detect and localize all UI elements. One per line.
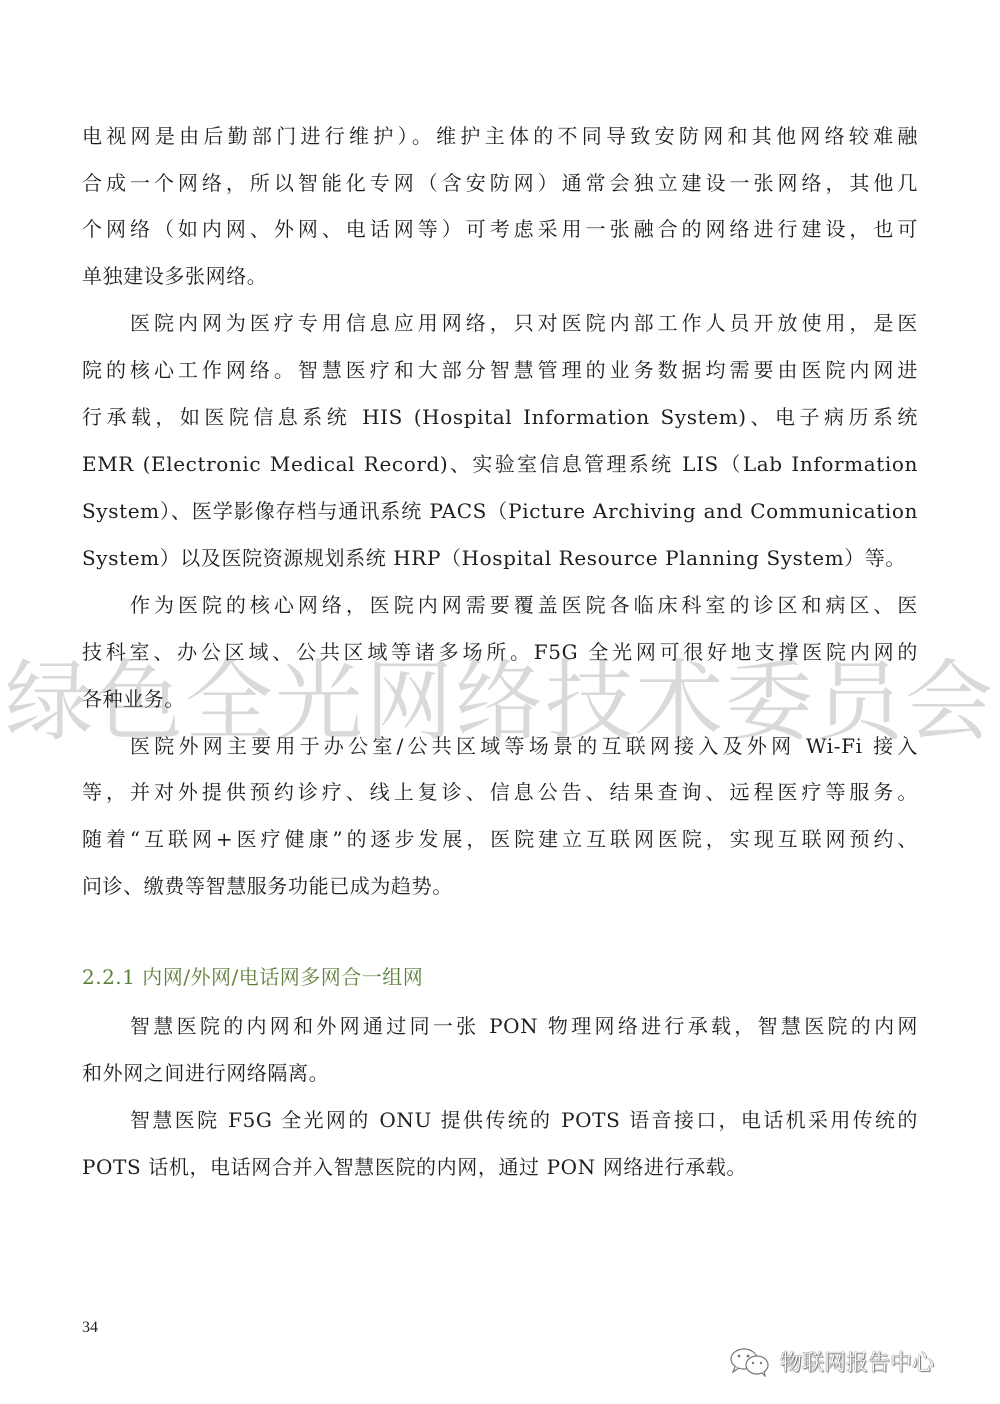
paragraph-line: 单独建设多张网络。 bbox=[82, 261, 918, 291]
paragraph-line: 等，并对外提供预约诊疗、线上复诊、信息公告、结果查询、远程医疗等服务。 bbox=[82, 777, 918, 807]
wechat-icon bbox=[728, 1347, 772, 1377]
source-badge: 物联网报告中心 bbox=[728, 1346, 934, 1377]
paragraph-line: System）、医学影像存档与通讯系统 PACS（Picture Archivi… bbox=[82, 496, 918, 526]
page-body: 电视网是由后勤部门进行维护）。维护主体的不同导致安防网和其他网络较难融 合成一个… bbox=[0, 0, 1000, 1404]
paragraph-line: 个网络（如内网、外网、电话网等）可考虑采用一张融合的网络进行建设，也可 bbox=[82, 214, 918, 244]
paragraph-line: 和外网之间进行网络隔离。 bbox=[82, 1058, 918, 1088]
paragraph-line: 智慧医院 F5G 全光网的 ONU 提供传统的 POTS 语音接口，电话机采用传… bbox=[130, 1105, 918, 1135]
section-heading: 2.2.1 内网/外网/电话网多网合一组网 bbox=[82, 962, 423, 992]
paragraph-line: POTS 话机，电话网合并入智慧医院的内网，通过 PON 网络进行承载。 bbox=[82, 1152, 918, 1182]
paragraph-line: 智慧医院的内网和外网通过同一张 PON 物理网络进行承载，智慧医院的内网 bbox=[130, 1011, 918, 1041]
paragraph-line: 医院内网为医疗专用信息应用网络，只对医院内部工作人员开放使用，是医 bbox=[130, 308, 918, 338]
paragraph-line: 作为医院的核心网络，医院内网需要覆盖医院各临床科室的诊区和病区、医 bbox=[130, 590, 918, 620]
paragraph-line: EMR (Electronic Medical Record)、实验室信息管理系… bbox=[82, 449, 918, 479]
paragraph-line: 合成一个网络，所以智能化专网（含安防网）通常会独立建设一张网络，其他几 bbox=[82, 168, 918, 198]
page-number: 34 bbox=[82, 1318, 98, 1338]
source-badge-label: 物联网报告中心 bbox=[780, 1346, 934, 1377]
paragraph-line: 医院外网主要用于办公室/公共区域等场景的互联网接入及外网 Wi-Fi 接入 bbox=[130, 731, 918, 761]
paragraph-line: System）以及医院资源规划系统 HRP（Hospital Resource … bbox=[82, 543, 918, 573]
paragraph-line: 问诊、缴费等智慧服务功能已成为趋势。 bbox=[82, 871, 918, 901]
paragraph-line: 院的核心工作网络。智慧医疗和大部分智慧管理的业务数据均需要由医院内网进 bbox=[82, 355, 918, 385]
paragraph-line: 电视网是由后勤部门进行维护）。维护主体的不同导致安防网和其他网络较难融 bbox=[82, 121, 918, 151]
paragraph-line: 各种业务。 bbox=[82, 684, 918, 714]
paragraph-line: 技科室、办公区域、公共区域等诸多场所。F5G 全光网可很好地支撑医院内网的 bbox=[82, 637, 918, 667]
paragraph-line: 随着“互联网+医疗健康”的逐步发展，医院建立互联网医院，实现互联网预约、 bbox=[82, 824, 918, 854]
document-page: 绿色全光网络技术委员会 电视网是由后勤部门进行维护）。维护主体的不同导致安防网和… bbox=[0, 0, 1000, 1404]
paragraph-line: 行承载，如医院信息系统 HIS (Hospital Information Sy… bbox=[82, 402, 918, 432]
